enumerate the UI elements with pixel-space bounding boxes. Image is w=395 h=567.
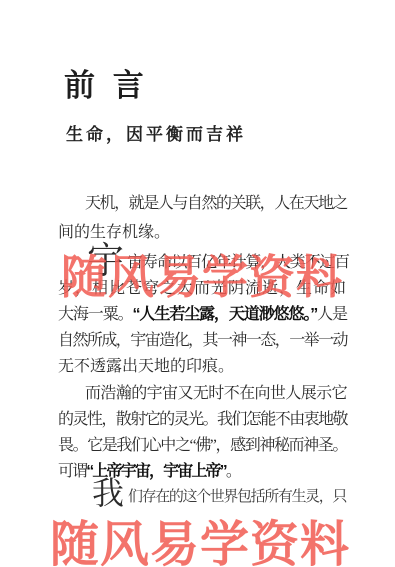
section-heading: 生命，因平衡而吉祥 xyxy=(66,124,246,146)
text-segment: 间的生存机缘。 xyxy=(58,224,170,241)
paragraph-world: 我 们存在的这个世界包括所有生灵，只 xyxy=(58,482,358,512)
text-line: 大海一粟。“人生若尘露，天道渺悠悠。”人是 xyxy=(58,302,358,328)
text-segment: 宙寿命以百亿年计算，人类不过百 xyxy=(127,254,349,271)
page-title: 前 言 xyxy=(64,68,149,104)
book-page: 前 言 生命，因平衡而吉祥 天机，就是人与自然的关联，人在天地之间的生存机缘。 … xyxy=(0,0,395,567)
text-segment: 无不透露出天地的印痕。 xyxy=(58,358,234,375)
text-segment: 的灵性，散射它的灵光。我们怎能不由衷地敬 xyxy=(58,411,347,428)
text-line: 天机，就是人与自然的关联，人在天地之 xyxy=(58,189,358,218)
bold-quote: “人生若尘露，天道渺悠悠。” xyxy=(133,306,318,323)
text-line: 的灵性，散射它的灵光。我们怎能不由衷地敬 xyxy=(58,407,358,433)
text-segment: 大海一粟。 xyxy=(58,306,133,323)
text-line: 自然所成，宇宙造化，其一神一态，一举一动 xyxy=(58,328,358,354)
text-segment: 天机，就是人与自然的关联，人在天地之 xyxy=(85,195,347,212)
text-segment: 可谓 xyxy=(58,463,86,480)
text-segment: 们存在的这个世界包括所有生灵，只 xyxy=(128,489,346,505)
text-line: 无不透露出天地的印痕。 xyxy=(58,354,358,380)
paragraph-universe: 宇 宙寿命以百亿年计算，人类不过百岁，相比苍穹之大而光阴流逝，生命如大海一粟。“… xyxy=(58,250,358,380)
text-segment: 。 xyxy=(226,463,240,480)
watermark-bottom: 随风易学资料 xyxy=(50,519,350,567)
text-segment: 自然所成，宇宙造化，其一神一态，一举一动 xyxy=(58,332,347,349)
text-line: 而浩瀚的宇宙又无时不在向世人展示它 xyxy=(58,381,358,407)
text-segment: 畏。它是我们心中之“佛”，感到神秘而神圣。 xyxy=(58,437,347,454)
initial-char-wo: 我 xyxy=(92,475,124,511)
text-segment: 人是 xyxy=(317,306,347,323)
paragraph-tianji: 天机，就是人与自然的关联，人在天地之间的生存机缘。 xyxy=(58,189,358,247)
paragraph-awe: 而浩瀚的宇宙又无时不在向世人展示它的灵性，散射它的灵光。我们怎能不由衷地敬畏。它… xyxy=(58,381,358,485)
text-segment: 岁，相比苍穹之大而光阴流逝，生命如 xyxy=(58,280,347,297)
text-segment: 而浩瀚的宇宙又无时不在向世人展示它 xyxy=(85,385,347,402)
text-line: 畏。它是我们心中之“佛”，感到神秘而神圣。 xyxy=(58,433,358,459)
initial-char-yu: 宇 xyxy=(87,242,124,282)
